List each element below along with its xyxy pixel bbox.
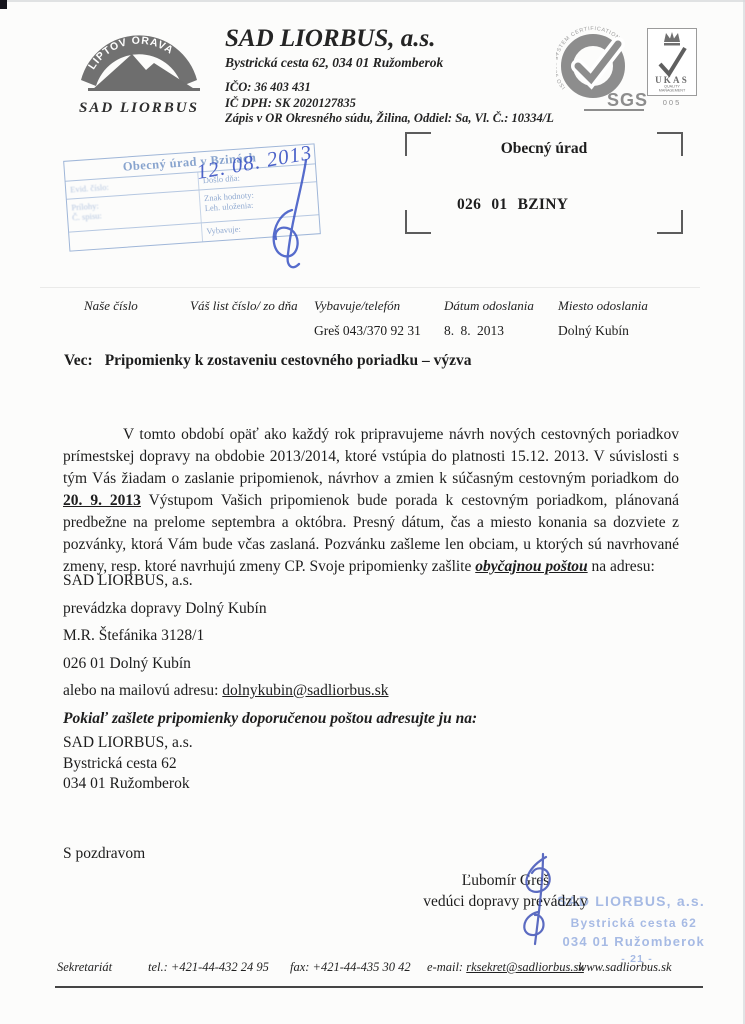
company-ico: IČO: 36 403 431 [225,80,554,96]
ukas-certification-icon: UKAS QUALITY MANAGEMENT 005 [646,28,698,107]
scan-fold-line [40,287,700,288]
footer-rule [55,986,703,988]
footer: Sekretariát tel.: +421-44-432 24 95 fax:… [0,960,745,996]
company-icdph: IČ DPH: SK 2020127835 [225,96,554,112]
footer-email-label: e-mail: [427,960,466,974]
footer-tel: tel.: +421-44-432 24 95 [148,960,269,975]
body-seg3: na adresu: [588,558,655,575]
signer-title: vedúci dopravy prevádzky [398,893,613,911]
registered-line-street: Bystrická cesta 62 [63,754,477,775]
ukas-number: 005 [646,98,698,107]
ref-header-miesto: Miesto odoslania [558,298,648,314]
body-paragraph: V tomto období opäť ako každý rok pripra… [63,424,679,578]
scan-corner-mark [0,0,7,9]
address-line-city: 026 01 Dolný Kubín [63,655,389,683]
mail-mode-emphasis: obyčajnou poštou [475,558,587,575]
ref-header-vas-list: Váš list číslo/ zo dňa [190,298,298,314]
ukas-box: UKAS QUALITY MANAGEMENT [647,28,697,96]
sgs-certification-icon: SYSTEM CERTIFICATION ISO 9001-2008 SGS [556,26,652,123]
address-line-street: M.R. Štefánika 3128/1 [63,627,389,655]
address-line-branch: prevádzka dopravy Dolný Kubín [63,600,389,628]
company-registry: Zápis v OR Okresného súdu, Žilina, Oddie… [225,111,554,127]
scan-edge-top [0,0,745,2]
subject-text: Pripomienky k zostaveniu cestovného pori… [105,352,472,369]
registered-heading: Pokiaľ zašlete pripomienky doporučenou p… [63,710,477,728]
logo-caption: SAD LIORBUS [74,100,204,117]
recipient-city: 026 01 BZINY [457,196,568,214]
footer-fax: fax: +421-44-435 30 42 [290,960,411,975]
ref-header-vybavuje: Vybavuje/telefón [314,298,400,314]
footer-dept: Sekretariát [57,960,112,975]
deadline-emphasis: 20. 9. 2013 [63,492,141,509]
signer-name: Ľubomír Greš [398,872,613,890]
registered-line-city: 034 01 Ružomberok [63,774,477,795]
ref-header-nase-cislo: Naše číslo [84,298,138,314]
letterhead: SAD LIORBUS, a.s. Bystrická cesta 62, 03… [225,26,554,127]
closing-salutation: S pozdravom [63,845,145,863]
checkmark-icon [660,48,685,74]
ref-value-miesto: Dolný Kubín [558,323,629,339]
company-logo: LIPTOV ORAVA SAD LIORBUS [74,32,204,117]
recipient-window: Obecný úrad 026 01 BZINY [405,132,683,234]
sgs-label: SGS [607,90,648,110]
corner-bracket-bottom-left [405,210,431,234]
corner-bracket-bottom-right [657,210,683,234]
signer-block: Ľubomír Greš vedúci dopravy prevádzky [398,872,613,911]
email-address: dolnykubin@sadliorbus.sk [222,682,388,699]
ref-header-datum: Dátum odoslania [444,298,534,314]
subject-line: Vec:Pripomienky k zostaveniu cestovného … [64,352,472,370]
signer-signature-icon [508,852,570,948]
scanned-letter-page: LIPTOV ORAVA SAD LIORBUS SAD LIORBUS, a.… [0,0,745,1024]
mountain-logo-icon: LIPTOV ORAVA [74,32,204,94]
subject-label: Vec: [64,352,93,369]
company-address: Bystrická cesta 62, 034 01 Ružomberok [225,55,554,71]
email-line: alebo na mailovú adresu: dolnykubin@sadl… [63,682,389,710]
registered-line-company: SAD LIORBUS, a.s. [63,733,477,754]
handwritten-signature-icon [262,158,332,276]
reference-row: Naše číslo Váš list číslo/ zo dňa Vybavu… [56,298,716,348]
ref-value-datum: 8. 8. 2013 [444,323,504,339]
ukas-line2: MANAGEMENT [659,89,686,93]
recipient-name: Obecný úrad [405,140,683,158]
address-line-company: SAD LIORBUS, a.s. [63,572,389,600]
crown-icon [664,32,680,42]
company-name: SAD LIORBUS, a.s. [225,26,554,52]
company-stamp-number: - 21 - [500,953,653,965]
body-seg1: V tomto období opäť ako každý rok pripra… [63,426,679,487]
postal-address-block: SAD LIORBUS, a.s. prevádzka dopravy Doln… [63,572,389,710]
ukas-name: UKAS [655,75,689,85]
email-prefix: alebo na mailovú adresu: [63,682,222,699]
registered-address-block: Pokiaľ zašlete pripomienky doporučenou p… [63,710,477,795]
ref-value-vybavuje: Greš 043/370 92 31 [314,323,421,339]
